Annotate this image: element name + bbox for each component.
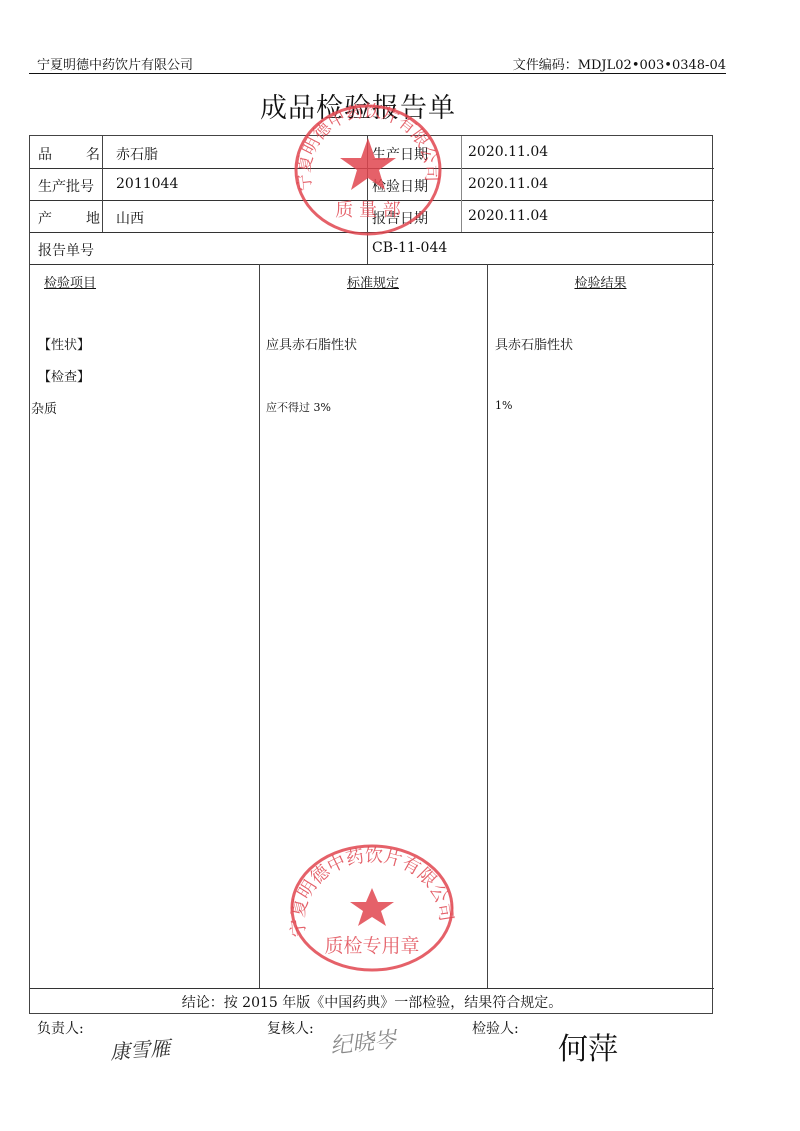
row-divider <box>30 264 714 265</box>
row-item: 【性状】 <box>38 334 90 353</box>
row-item: 【检查】 <box>38 366 90 385</box>
col-divider <box>461 136 462 232</box>
col-divider <box>487 264 488 988</box>
row-standard: 应具赤石脂性状 <box>266 334 357 353</box>
origin-label: 产 地 <box>38 208 100 228</box>
col-header-result: 检验结果 <box>487 272 714 291</box>
report-no-value: CB-11-044 <box>372 240 447 256</box>
batch-value: 2011044 <box>116 176 178 192</box>
test-date-value: 2020.11.04 <box>468 176 548 192</box>
reviewer-signature: 纪晓岑 <box>329 1023 398 1061</box>
report-date-value: 2020.11.04 <box>468 208 548 224</box>
prod-date-value: 2020.11.04 <box>468 144 548 160</box>
batch-label: 生产批号 <box>38 176 94 196</box>
label-char: 地 <box>86 208 100 228</box>
document-code: 文件编码：MDJL02•003•0348-04 <box>513 54 726 73</box>
header-divider <box>29 73 726 74</box>
company-name: 宁夏明德中药饮片有限公司 <box>37 54 193 73</box>
reviewer-label: 复核人: <box>267 1018 314 1038</box>
inspector-signature: 何萍 <box>558 1024 618 1068</box>
conclusion: 结论：按 2015 年版《中国药典》一部检验，结果符合规定。 <box>30 992 714 1012</box>
row-result: 具赤石脂性状 <box>495 334 573 353</box>
qc-seal-stamp: 宁夏明德中药饮片有限公司 质检专用章 <box>288 840 456 976</box>
product-name-value: 赤石脂 <box>116 144 158 164</box>
responsible-label: 负责人: <box>37 1018 84 1038</box>
label-char: 产 <box>38 208 52 228</box>
col-divider <box>102 136 103 232</box>
inspector-label: 检验人: <box>472 1018 519 1038</box>
svg-text:质检专用章: 质检专用章 <box>324 935 419 957</box>
origin-value: 山西 <box>116 208 144 228</box>
svg-text:质 量 部: 质 量 部 <box>335 200 400 221</box>
product-name-label: 品 名 <box>38 144 100 164</box>
label-char: 名 <box>86 144 100 164</box>
row-result: 1% <box>495 399 512 412</box>
col-header-item: 检验项目 <box>44 272 96 291</box>
report-no-label: 报告单号 <box>38 240 94 260</box>
row-divider <box>30 988 714 989</box>
col-header-standard: 标准规定 <box>259 272 487 291</box>
label-char: 品 <box>38 144 52 164</box>
col-divider <box>259 264 260 988</box>
responsible-signature: 康雪雁 <box>109 1032 171 1065</box>
row-standard: 应不得过 3% <box>266 399 331 415</box>
row-item: 杂质 <box>31 398 57 417</box>
quality-dept-stamp: 宁夏明德中药饮片有限公司 质 量 部 <box>290 98 446 238</box>
